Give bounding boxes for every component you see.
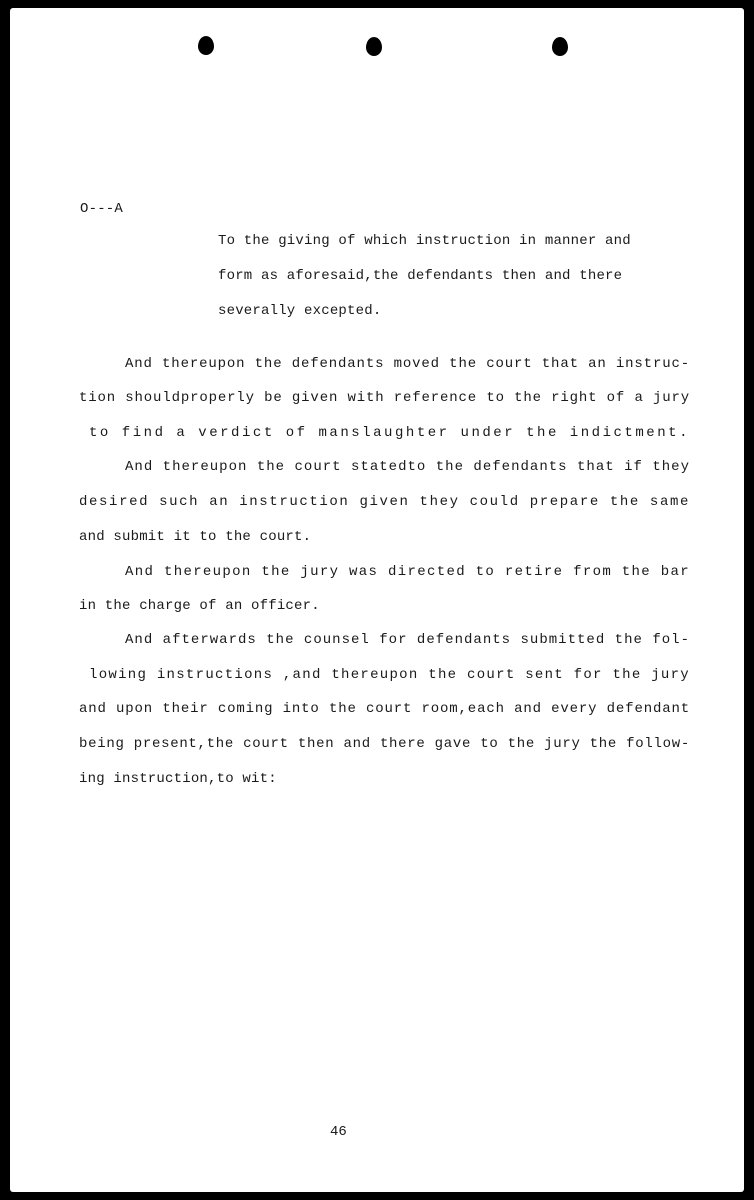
text-line: tion shouldproperly be given with refere…: [79, 391, 690, 405]
text-line: And thereupon the jury was directed to r…: [125, 565, 690, 579]
text-line: in the charge of an officer.: [79, 599, 320, 613]
text-line: And thereupon the court statedto the def…: [125, 460, 690, 474]
text-line: being present,the court then and there g…: [79, 737, 690, 751]
text-line: And afterwards the counsel for defendant…: [125, 633, 690, 647]
text-line: ing instruction,to wit:: [79, 772, 277, 786]
punch-hole-left: [198, 36, 214, 55]
section-label: O---A: [80, 202, 123, 216]
text-line: form as aforesaid,the defendants then an…: [218, 269, 622, 283]
text-line: severally excepted.: [218, 304, 381, 318]
document-page: O---A To the giving of which instruction…: [10, 8, 744, 1192]
text-line: and upon their coming into the court roo…: [79, 702, 690, 716]
text-line: desired such an instruction given they c…: [79, 495, 690, 509]
page-number: 46: [330, 1124, 347, 1140]
text-line: lowing instructions ,and thereupon the c…: [89, 668, 690, 682]
text-line: To the giving of which instruction in ma…: [218, 234, 631, 248]
text-line: and submit it to the court.: [79, 530, 311, 544]
text-line: to find a verdict of manslaughter under …: [89, 426, 690, 440]
punch-hole-right: [552, 37, 568, 56]
punch-hole-center: [366, 37, 382, 56]
text-line: And thereupon the defendants moved the c…: [125, 357, 690, 371]
